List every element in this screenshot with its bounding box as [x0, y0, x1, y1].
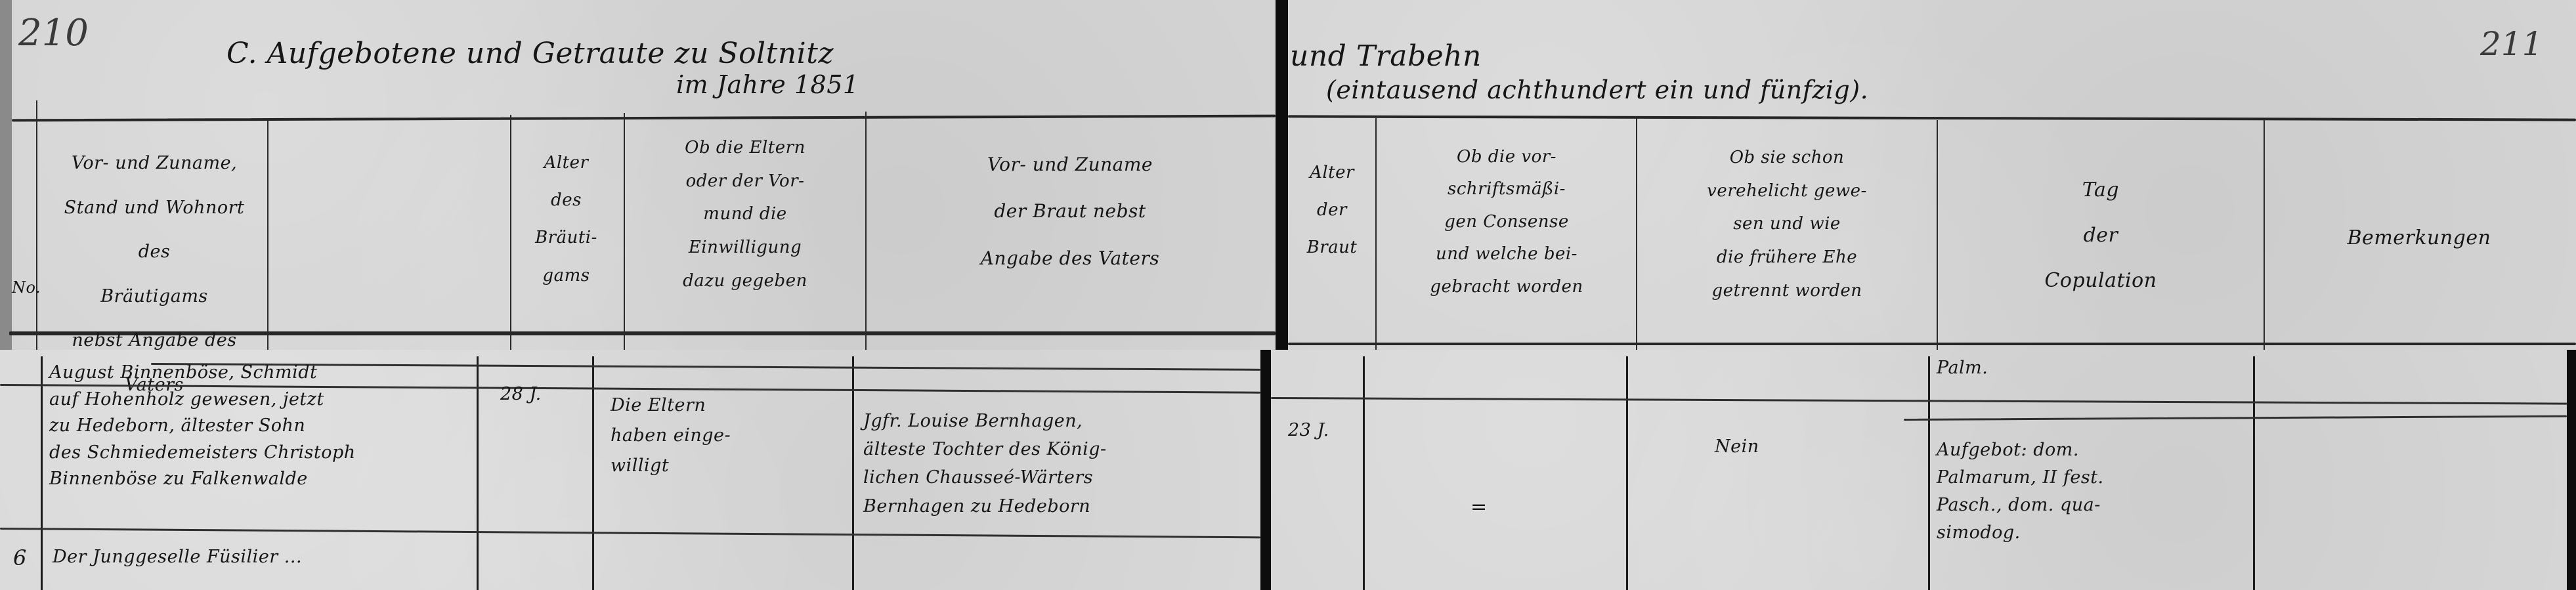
entry-1-bride-name: Jgfr. Louise Bernhagen, älteste Tochter …: [863, 407, 1257, 520]
entry-prev-copulation-day: Palm.: [1937, 354, 1988, 382]
entry-1-groom-name: August Binnenböse, Schmidt auf Hohenholz…: [49, 360, 476, 493]
entry-2-groom-name: Der Junggeselle Füsilier ...: [53, 543, 473, 571]
entry-col-line: [41, 356, 43, 590]
entry-2-number: 6: [13, 542, 27, 575]
col-header-copulation-day: Tag der Copulation: [1940, 167, 2262, 303]
entry-col-line: [477, 356, 479, 590]
col-header-bride-name: Vor- und Zuname der Braut nebst Angabe d…: [870, 141, 1270, 282]
col-line: [1375, 118, 1377, 350]
entry-col-line: [1928, 356, 1930, 590]
entry-col-line: [1363, 356, 1365, 590]
book-gutter-top: [1276, 0, 1288, 350]
col-line: [865, 112, 867, 350]
col-header-groom-age: Alter des Bräuti- gams: [512, 144, 620, 295]
entry-1-prescribed-consent: =: [1470, 492, 1488, 523]
col-line: [36, 100, 37, 350]
entry-col-line: [1626, 356, 1628, 590]
entry-col-line: [2253, 356, 2255, 590]
col-line: [267, 118, 268, 350]
col-header-prescribed-consent: Ob die vor- schriftsmäßi- gen Consense u…: [1379, 141, 1635, 303]
left-page-number: 210: [18, 12, 89, 54]
book-gutter-bottom: [1260, 350, 1271, 590]
register-title-year-words: (eintausend achthundert ein und fünfzig)…: [1326, 71, 1868, 110]
col-header-number: No.: [12, 276, 37, 300]
entry-col-line: [852, 356, 854, 590]
col-line: [624, 113, 625, 350]
col-line: [1636, 118, 1637, 350]
entry-1-groom-age: 28 J.: [500, 381, 542, 408]
register-title-year: im Jahre 1851: [676, 66, 859, 104]
left-edge-shadow: [0, 0, 12, 350]
col-header-remarks: Bemerkungen: [2268, 223, 2570, 254]
col-line: [1937, 120, 1938, 350]
right-edge: [2567, 350, 2576, 590]
col-header-parents-consent: Ob die Eltern oder der Vor- mund die Ein…: [627, 131, 863, 297]
col-header-previously-married: Ob sie schon verehelicht gewe- sen und w…: [1639, 141, 1935, 307]
col-header-bride-age: Alter der Braut: [1289, 154, 1375, 267]
entry-1-copulation-day: Aufgebot: dom. Palmarum, II fest. Pasch.…: [1937, 436, 2252, 546]
header-bottom-rule-right: [1288, 343, 2576, 345]
right-page-number: 211: [2480, 25, 2543, 63]
entry-1-parents-consent: Die Eltern haben einge- willigt: [611, 390, 847, 481]
right-page-entry-strip: [1271, 350, 2567, 590]
col-line: [2264, 120, 2265, 350]
entry-1-previously-married: Nein: [1715, 433, 1759, 461]
entry-1-bride-age: 23 J.: [1288, 417, 1329, 444]
entry-col-line: [592, 356, 594, 590]
col-line: [510, 115, 511, 350]
